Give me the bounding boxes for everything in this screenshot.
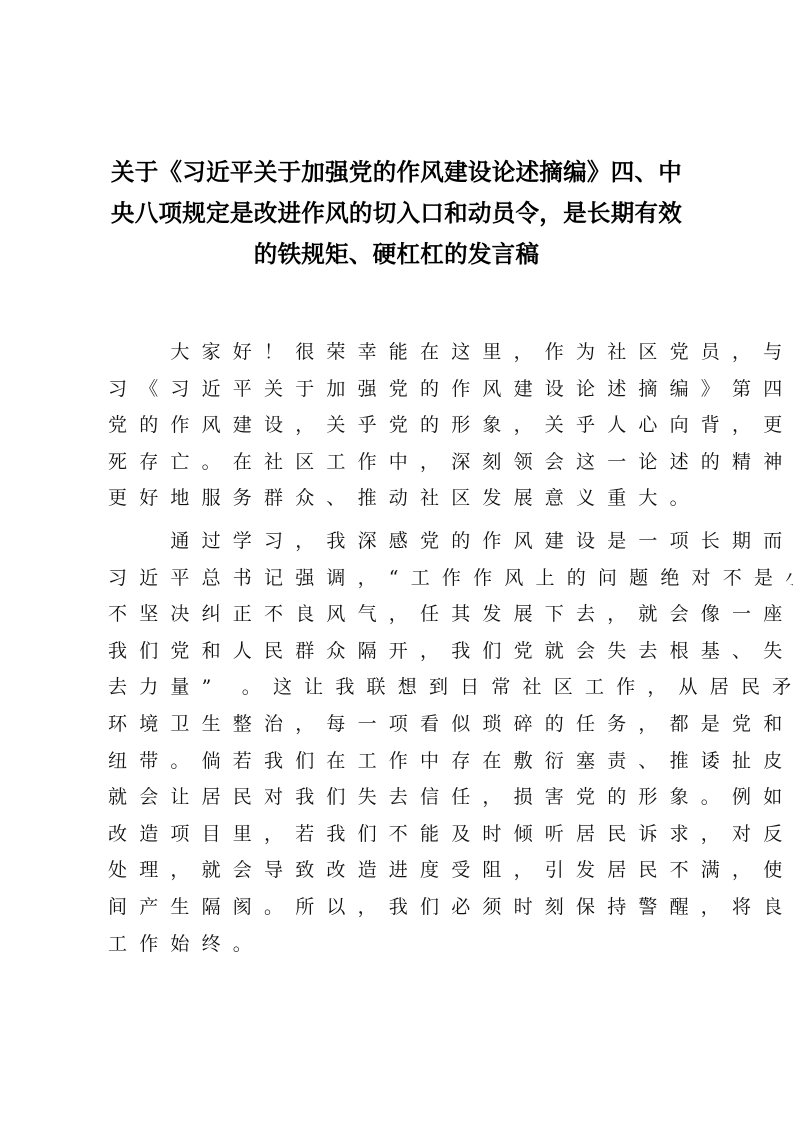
text-line: 改造项目里，若我们不能及时倾听居民诉求，对反馈问题拖延 (108, 816, 688, 853)
text-line: 习《习近平关于加强党的作风建设论述摘编》第四章的感悟。 (108, 371, 688, 408)
text-line: 通过学习，我深感党的作风建设是一项长期而艰巨的任务。 (108, 523, 688, 560)
title-line: 关于《习近平关于加强党的作风建设论述摘编》四、中 (100, 152, 693, 193)
text-line: 不坚决纠正不良风气，任其发展下去，就会像一座无形的墙把 (108, 596, 688, 633)
text-line: 死存亡。在社区工作中，深刻领会这一论述的精神，对于我们 (108, 444, 688, 481)
paragraph-greeting: 大家好！很荣幸能在这里，作为社区党员，与大家分享学 习《习近平关于加强党的作风建… (108, 334, 688, 517)
document-body: 大家好！很荣幸能在这里，作为社区党员，与大家分享学 习《习近平关于加强党的作风建… (108, 334, 688, 962)
text-line: 纽带。倘若我们在工作中存在敷衍塞责、推诿扯皮等不良作风， (108, 743, 688, 780)
text-line: 就会让居民对我们失去信任，损害党的形象。例如在老旧小区 (108, 779, 688, 816)
text-line: 更好地服务群众、推动社区发展意义重大。 (108, 480, 688, 517)
title-line: 央八项规定是改进作风的切入口和动员令，是长期有效 (100, 193, 693, 234)
text-line: 大家好！很荣幸能在这里，作为社区党员，与大家分享学 (108, 334, 688, 371)
text-line: 工作始终。 (108, 926, 688, 963)
title-line: 的铁规矩、硬杠杠的发言稿 (100, 234, 693, 275)
text-line: 环境卫生整治，每一项看似琐碎的任务，都是党和群众联系的 (108, 706, 688, 743)
text-line: 去力量” 。这让我联想到日常社区工作，从居民矛盾调解，到 (108, 669, 688, 706)
document-page: 关于《习近平关于加强党的作风建设论述摘编》四、中 央八项规定是改进作风的切入口和… (0, 0, 793, 1122)
document-title: 关于《习近平关于加强党的作风建设论述摘编》四、中 央八项规定是改进作风的切入口和… (100, 152, 693, 275)
text-line: 我们党和人民群众隔开，我们党就会失去根基、失去血脉、失 (108, 633, 688, 670)
text-line: 间产生隔阂。所以，我们必须时刻保持警醒，将良好作风贯穿 (108, 889, 688, 926)
text-line: 处理，就会导致改造进度受阻，引发居民不满，使党和群众之 (108, 852, 688, 889)
text-line: 习近平总书记强调，“工作作风上的问题绝对不是小事，如果 (108, 560, 688, 597)
text-line: 党的作风建设，关乎党的形象，关乎人心向背，更关乎党的生 (108, 407, 688, 444)
paragraph-reflection: 通过学习，我深感党的作风建设是一项长期而艰巨的任务。 习近平总书记强调，“工作作… (108, 523, 688, 962)
